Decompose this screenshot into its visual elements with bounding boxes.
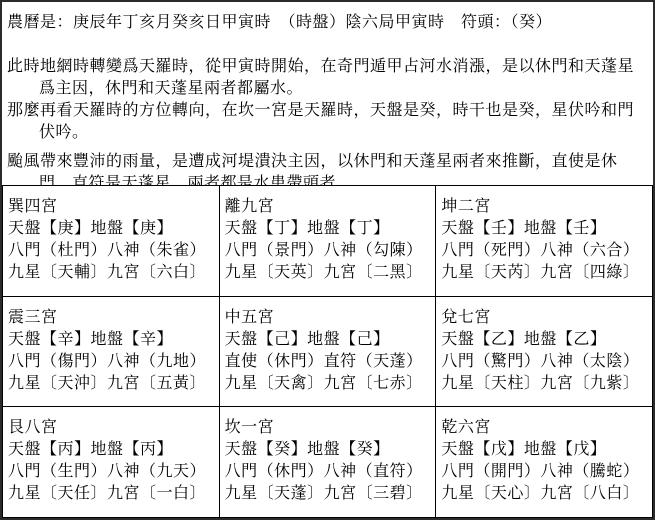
- jiuxing-jiugong-line: 九星〔天蓬〕九宮〔三碧〕: [225, 482, 434, 504]
- analysis-paragraph-2: 那麼再看天羅時的方位轉向，在坎一宮是天羅時，天盤是癸，時干也是癸，星伏吟和門伏吟…: [7, 99, 647, 143]
- jiuxing-jiugong-line: 九星〔天柱〕九宮〔九紫〕: [441, 372, 650, 394]
- bamen-bashen-line: 八門（開門）八神（騰蛇）: [441, 460, 650, 482]
- palace-cell-qian-6: 乾六宮 天盤【戊】地盤【戊】 八門（開門）八神（騰蛇） 九星〔天心〕九宮〔八白〕: [436, 407, 653, 518]
- bamen-bashen-line: 八門（死門）八神（六合）: [441, 239, 650, 261]
- palace-name: 中五宮: [225, 306, 434, 328]
- jiuxing-jiugong-line: 九星〔天心〕九宮〔八白〕: [441, 482, 650, 504]
- tianpan-dipan-line: 天盤【丙】地盤【丙】: [8, 438, 217, 460]
- jiuxing-jiugong-line: 九星〔天英〕九宮〔二黑〕: [225, 261, 434, 283]
- analysis-paragraph-1: 此時地網時轉變爲天羅時，從甲寅時開始，在奇門遁甲占河水消漲，是以休門和天蓬星爲主…: [7, 55, 647, 99]
- nine-palace-grid: 巽四宮 天盤【庚】地盤【庚】 八門（杜門）八神（朱雀） 九星〔天輔〕九宮〔六白〕…: [2, 185, 653, 518]
- palace-cell-gen-8: 艮八宮 天盤【丙】地盤【丙】 八門（生門）八神（九天） 九星〔天任〕九宮〔一白〕: [3, 407, 220, 518]
- palace-cell-dui-7: 兌七宮 天盤【乙】地盤【乙】 八門（驚門）八神（太陰） 九星〔天柱〕九宮〔九紫〕: [436, 296, 653, 407]
- bamen-bashen-line: 八門（驚門）八神（太陰）: [441, 350, 650, 372]
- tianpan-dipan-line: 天盤【乙】地盤【乙】: [441, 328, 650, 350]
- tianpan-dipan-line: 天盤【戊】地盤【戊】: [441, 438, 650, 460]
- palace-cell-li-9: 離九宮 天盤【丁】地盤【丁】 八門（景門）八神（勾陳） 九星〔天英〕九宮〔二黑〕: [219, 186, 436, 297]
- bamen-bashen-line: 八門（傷門）八神（九地）: [8, 350, 217, 372]
- palace-name: 坎一宮: [225, 416, 434, 438]
- tianpan-dipan-line: 天盤【庚】地盤【庚】: [8, 217, 217, 239]
- bamen-bashen-line: 八門（景門）八神（勾陳）: [225, 239, 434, 261]
- grid-row-bottom: 艮八宮 天盤【丙】地盤【丙】 八門（生門）八神（九天） 九星〔天任〕九宮〔一白〕…: [3, 407, 653, 518]
- jiuxing-jiugong-line: 九星〔天芮〕九宮〔四綠〕: [441, 261, 650, 283]
- bamen-bashen-line: 八門（生門）八神（九天）: [8, 460, 217, 482]
- qimen-chart-page: 農曆是：庚辰年丁亥月癸亥日甲寅時 （時盤）陰六局甲寅時 符頭：（癸） 此時地網時…: [0, 0, 655, 520]
- bamen-bashen-line: 八門（杜門）八神（朱雀）: [8, 239, 217, 261]
- palace-name: 兌七宮: [441, 306, 650, 328]
- tianpan-dipan-line: 天盤【辛】地盤【辛】: [8, 328, 217, 350]
- jiuxing-jiugong-line: 九星〔天沖〕九宮〔五黃〕: [8, 372, 217, 394]
- palace-cell-kan-1: 坎一宮 天盤【癸】地盤【癸】 八門（休門）八神（直符） 九星〔天蓬〕九宮〔三碧〕: [219, 407, 436, 518]
- analysis-paragraph-3: 颱風帶來豐沛的雨量，是遭成河堤潰決主因，以休門和天蓬星兩者來推斷，直使是休門，直…: [7, 150, 647, 185]
- tianpan-dipan-line: 天盤【己】地盤【己】: [225, 328, 434, 350]
- palace-cell-zhen-3: 震三宮 天盤【辛】地盤【辛】 八門（傷門）八神（九地） 九星〔天沖〕九宮〔五黃〕: [3, 296, 220, 407]
- grid-row-middle: 震三宮 天盤【辛】地盤【辛】 八門（傷門）八神（九地） 九星〔天沖〕九宮〔五黃〕…: [3, 296, 653, 407]
- tianpan-dipan-line: 天盤【丁】地盤【丁】: [225, 217, 434, 239]
- grid-row-top: 巽四宮 天盤【庚】地盤【庚】 八門（杜門）八神（朱雀） 九星〔天輔〕九宮〔六白〕…: [3, 186, 653, 297]
- zhishi-zhifu-line: 直使（休門）直符（天蓬）: [225, 350, 434, 372]
- palace-name: 離九宮: [225, 195, 434, 217]
- palace-cell-xun-4: 巽四宮 天盤【庚】地盤【庚】 八門（杜門）八神（朱雀） 九星〔天輔〕九宮〔六白〕: [3, 186, 220, 297]
- palace-cell-kun-2: 坤二宮 天盤【壬】地盤【壬】 八門（死門）八神（六合） 九星〔天芮〕九宮〔四綠〕: [436, 186, 653, 297]
- jiuxing-jiugong-line: 九星〔天任〕九宮〔一白〕: [8, 482, 217, 504]
- palace-name: 震三宮: [8, 306, 217, 328]
- palace-name: 艮八宮: [8, 416, 217, 438]
- tianpan-dipan-line: 天盤【癸】地盤【癸】: [225, 438, 434, 460]
- palace-cell-zhong-5: 中五宮 天盤【己】地盤【己】 直使（休門）直符（天蓬） 九星〔天禽〕九宮〔七赤〕: [219, 296, 436, 407]
- palace-name: 巽四宮: [8, 195, 217, 217]
- tianpan-dipan-line: 天盤【壬】地盤【壬】: [441, 217, 650, 239]
- palace-name: 坤二宮: [441, 195, 650, 217]
- jiuxing-jiugong-line: 九星〔天輔〕九宮〔六白〕: [8, 261, 217, 283]
- palace-name: 乾六宮: [441, 416, 650, 438]
- bamen-bashen-line: 八門（休門）八神（直符）: [225, 460, 434, 482]
- lunar-date-line: 農曆是：庚辰年丁亥月癸亥日甲寅時 （時盤）陰六局甲寅時 符頭：（癸）: [7, 11, 647, 33]
- jiuxing-jiugong-line: 九星〔天禽〕九宮〔七赤〕: [225, 372, 434, 394]
- reading-text-block: 農曆是：庚辰年丁亥月癸亥日甲寅時 （時盤）陰六局甲寅時 符頭：（癸） 此時地網時…: [2, 2, 653, 185]
